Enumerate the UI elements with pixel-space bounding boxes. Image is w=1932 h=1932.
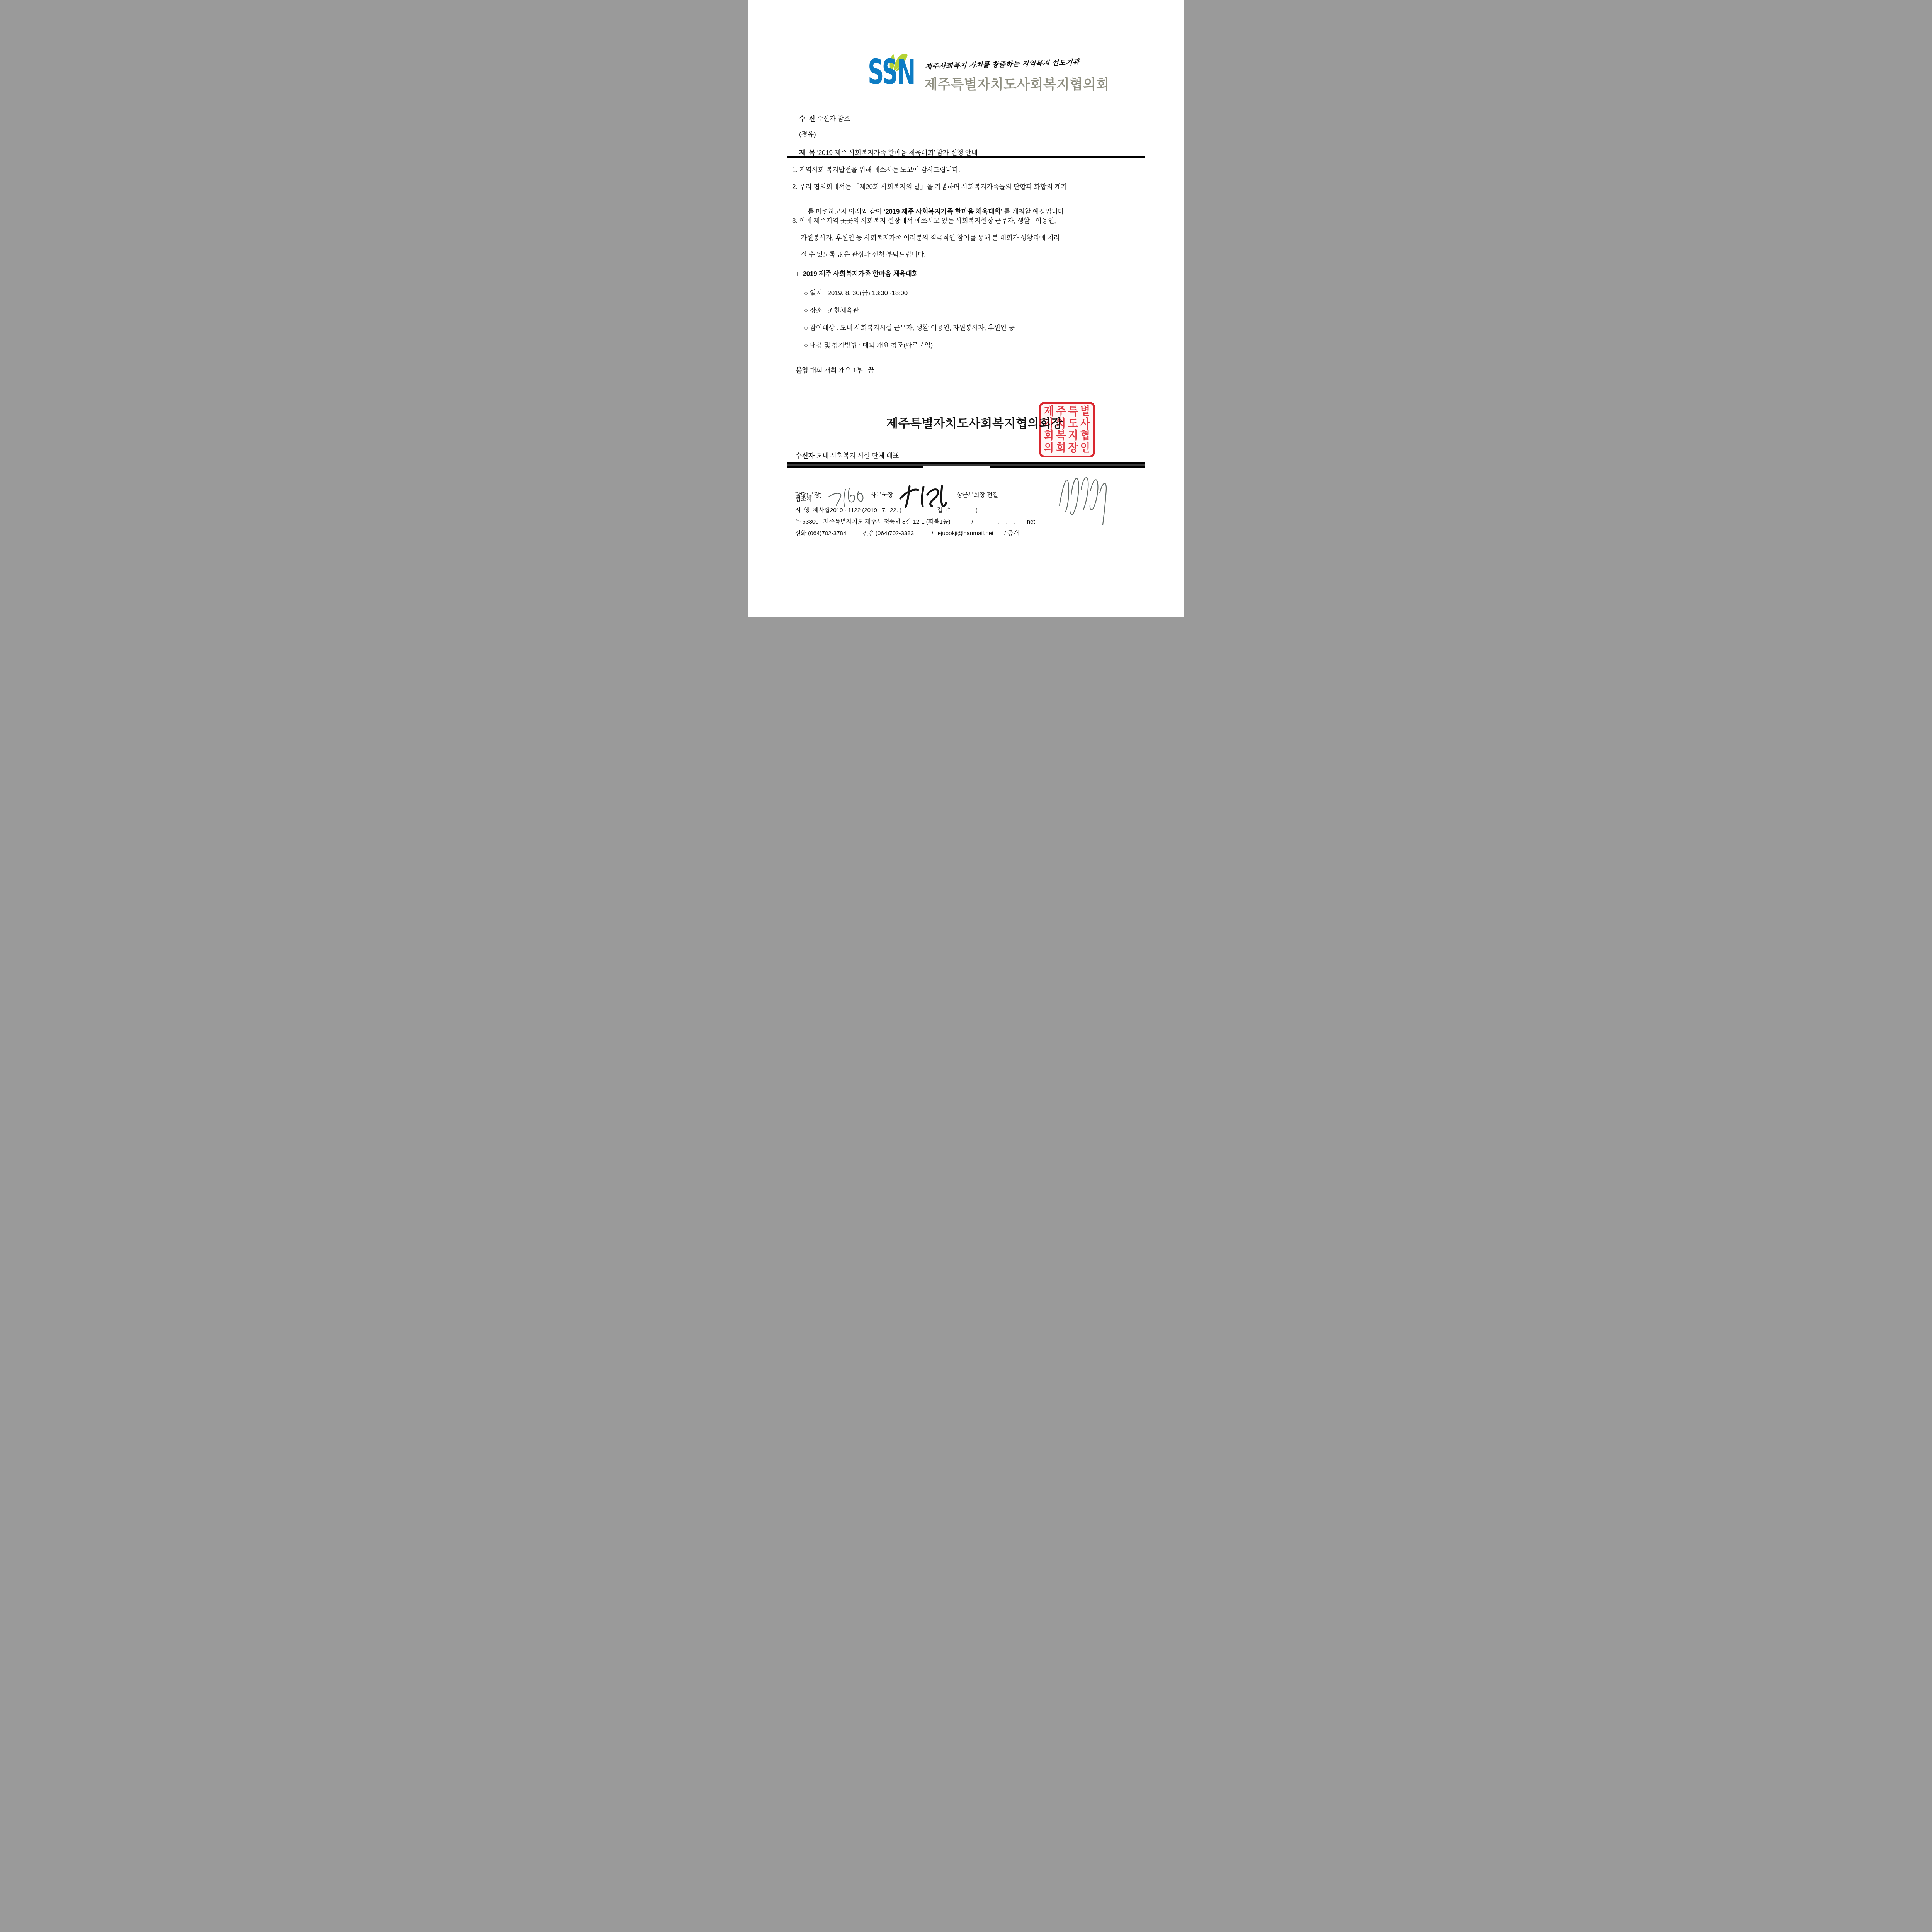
- fax-value: (064)702-3383: [876, 530, 914, 537]
- recipient-label: 수 신: [799, 115, 815, 122]
- ssn-logo-mark: SSN: [871, 62, 920, 97]
- via-label: (경유): [799, 131, 816, 138]
- seal-char: 자: [1043, 417, 1055, 430]
- paragraph-2-line-2-post: 를 개최할 예정입니다.: [1002, 208, 1066, 215]
- seal-char: 주: [1055, 405, 1067, 418]
- seal-char: 도: [1067, 417, 1079, 430]
- ssn-logo-text: SSN: [868, 55, 915, 89]
- event-name-emphasis: ‘2019 제주 사회복지가족 한마음 체육대회’: [884, 208, 1003, 215]
- paragraph-2-line-2-pre: 를 마련하고자 아래와 같이: [808, 208, 884, 215]
- vice-chair-signature: [1056, 471, 1112, 526]
- seal-char: 제: [1043, 405, 1055, 418]
- phone-value: (064)702-3784: [808, 530, 846, 537]
- seal-char: 별: [1079, 405, 1091, 418]
- seal-char: 특: [1067, 405, 1079, 418]
- attachment-value: 대회 개최 개요 1부. 끝.: [808, 367, 876, 374]
- seal-char: 치: [1055, 417, 1067, 430]
- recipients-value: 도내 사회복지 시설·단체 대표: [815, 452, 899, 459]
- fax-label: 전송: [862, 530, 874, 537]
- homepage-fragment: net: [1027, 519, 1035, 525]
- paragraph-3-line-3: 질 수 있도록 많은 관심과 신청 부탁드립니다.: [801, 251, 926, 259]
- phone-label: 전화: [795, 530, 806, 537]
- event-item-date: ○ 일시 : 2019. 8. 30(금) 13:30~18:00: [804, 289, 908, 297]
- event-item-participants: ○ 참여대상 : 도내 사회복지시설 근무자, 생활·이용인, 자원봉사자, 후…: [804, 324, 1015, 332]
- event-item-place: ○ 장소 : 조천체육관: [804, 307, 859, 315]
- seal-char: 지: [1067, 429, 1079, 442]
- contact-row: 전화 (064)702-3784전송 (064)702-3383/ jejubo…: [789, 523, 1019, 544]
- seal-char: 복: [1055, 429, 1067, 442]
- email-value: jejubokji@hanmail.net: [936, 530, 993, 537]
- seal-char: 회: [1055, 441, 1067, 455]
- attachment-label: 붙임: [796, 367, 808, 374]
- document-page: SSN 제주사회복지 가치를 창출하는 지역복지 선도기관 제주특별자치도사회복…: [748, 0, 1184, 617]
- divider-notch: [923, 466, 990, 468]
- footer-divider-bar: [787, 462, 1145, 468]
- official-seal: 제주특별자치도사회복지협의회장인: [1039, 402, 1095, 457]
- approver-label: 상근부회장 전결: [957, 492, 998, 498]
- logo-slogan: 제주사회복지 가치를 창출하는 지역복지 선도기관: [925, 57, 1080, 71]
- seal-char: 인: [1079, 441, 1091, 455]
- seal-char: 의: [1043, 441, 1055, 455]
- subject-label: 제 목: [799, 149, 815, 156]
- disclosure-value: 공개: [1007, 530, 1019, 537]
- seal-char: 회: [1043, 429, 1055, 442]
- paragraph-3-line-1: 3. 이에 제주지역 곳곳의 사회복지 현장에서 애쓰시고 있는 사회복지현장 …: [792, 217, 1056, 225]
- paragraph-3-line-2: 자원봉사자, 후원인 등 사회복지가족 여러분의 적극적인 참여를 통해 본 대…: [801, 234, 1060, 242]
- logo-organization-name: 제주특별자치도사회복지협의회: [924, 73, 1109, 94]
- issuer-title: 제주특별자치도사회복지협의회장: [886, 413, 1063, 431]
- seal-char: 장: [1067, 441, 1079, 455]
- paragraph-1: 1. 지역사회 복지발전을 위해 애쓰시는 노고에 감사드립니다.: [792, 166, 960, 174]
- subject-row: 제 목 ‘2019 제주 사회복지가족 한마음 체육대회’ 참가 신청 안내: [792, 141, 978, 165]
- seal-char: 사: [1079, 417, 1091, 430]
- attachment-row: 붙임 대회 개최 개요 1부. 끝.: [789, 359, 876, 383]
- event-item-method: ○ 내용 및 참가방법 : 대회 개요 참조(따로붙임): [804, 342, 933, 349]
- seal-char: 협: [1079, 429, 1091, 442]
- recipients-label: 수신자: [796, 452, 815, 459]
- recipient-value: 수신자 참조: [817, 115, 850, 122]
- event-section-title: □ 2019 제주 사회복지가족 한마음 체육대회: [797, 270, 918, 278]
- paragraph-2-line-1: 2. 우리 협의회에서는 「제20회 사회복지의 날」을 기념하며 사회복지가족…: [792, 183, 1067, 191]
- organization-logo: SSN 제주사회복지 가치를 창출하는 지역복지 선도기관 제주특별자치도사회복…: [871, 58, 1103, 99]
- secretary-label: 사무국장: [870, 492, 893, 498]
- subject-underline-rule: [787, 156, 1145, 158]
- subject-value: ‘2019 제주 사회복지가족 한마음 체육대회’ 참가 신청 안내: [817, 149, 978, 156]
